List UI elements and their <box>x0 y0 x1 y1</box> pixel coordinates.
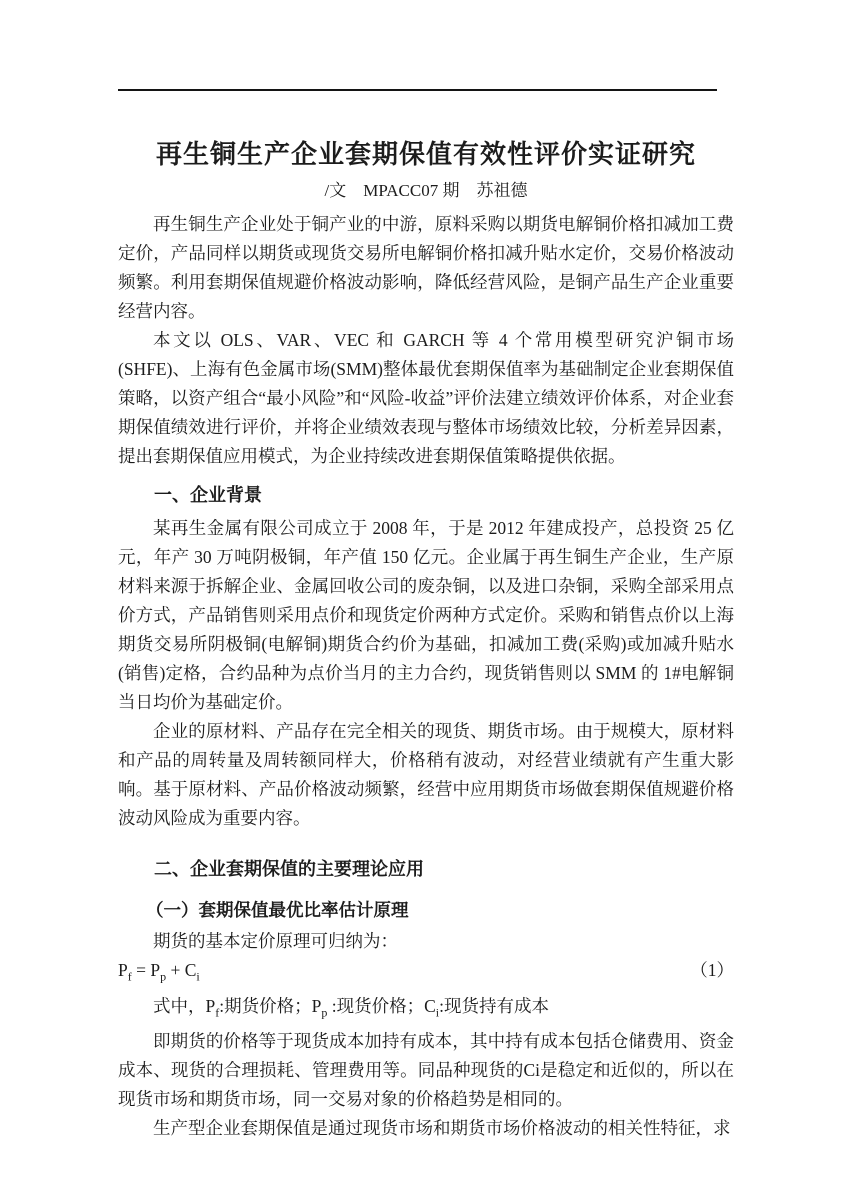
document-content: 再生铜生产企业套期保值有效性评价实证研究 /文 MPACC07 期 苏祖德 再生… <box>118 136 734 1143</box>
intro-paragraph-1: 再生铜生产企业处于铜产业的中游，原料采购以期货电解铜价格扣减加工费定价，产品同样… <box>118 210 734 326</box>
formula-subscript: i <box>196 970 199 984</box>
legend-term: C <box>424 996 436 1016</box>
header-rule <box>118 89 717 91</box>
legend-definition: :现货持有成本 <box>439 996 549 1016</box>
legend-definition: :期货价格； <box>219 996 311 1016</box>
byline: /文 MPACC07 期 苏祖德 <box>118 178 734 204</box>
formula-operator: = <box>132 960 151 980</box>
formula-expression: Pf = Pp + Ci <box>118 956 200 992</box>
formula-term: C <box>185 960 197 980</box>
formula-line: Pf = Pp + Ci （1） <box>118 956 734 992</box>
section1-paragraph-1: 某再生金属有限公司成立于 2008 年，于是 2012 年建成投产，总投资 25… <box>118 514 734 717</box>
section-heading-1: 一、企业背景 <box>118 481 734 510</box>
section2-paragraph-2: 生产型企业套期保值是通过现货市场和期货市场价格波动的相关性特征，求 <box>118 1114 734 1143</box>
legend-term: P <box>206 996 216 1016</box>
document-page: 再生铜生产企业套期保值有效性评价实证研究 /文 MPACC07 期 苏祖德 再生… <box>0 0 849 1200</box>
legend-intro: 式中， <box>153 996 206 1016</box>
formula-lead: 期货的基本定价原理可归纳为： <box>118 927 734 956</box>
section1-paragraph-2: 企业的原材料、产品存在完全相关的现货、期货市场。由于规模大，原材料和产品的周转量… <box>118 717 734 833</box>
formula-number: （1） <box>690 956 734 985</box>
formula-term: P <box>150 960 160 980</box>
intro-paragraph-2: 本文以 OLS、VAR、VEC 和 GARCH 等 4 个常用模型研究沪铜市场(… <box>118 326 734 471</box>
subsection-heading-2-1: （一）套期保值最优比率估计原理 <box>118 896 734 925</box>
formula-term: P <box>118 960 128 980</box>
formula-legend: 式中，Pf:期货价格；Pp :现货价格；Ci:现货持有成本 <box>118 992 734 1028</box>
legend-definition: :现货价格； <box>327 996 424 1016</box>
legend-term: P <box>312 996 322 1016</box>
section2-paragraph-1: 即期货的价格等于现货成本加持有成本，其中持有成本包括仓储费用、资金成本、现货的合… <box>118 1027 734 1114</box>
page-title: 再生铜生产企业套期保值有效性评价实证研究 <box>118 136 734 174</box>
formula-operator: + <box>166 960 185 980</box>
section-heading-2: 二、企业套期保值的主要理论应用 <box>118 855 734 884</box>
